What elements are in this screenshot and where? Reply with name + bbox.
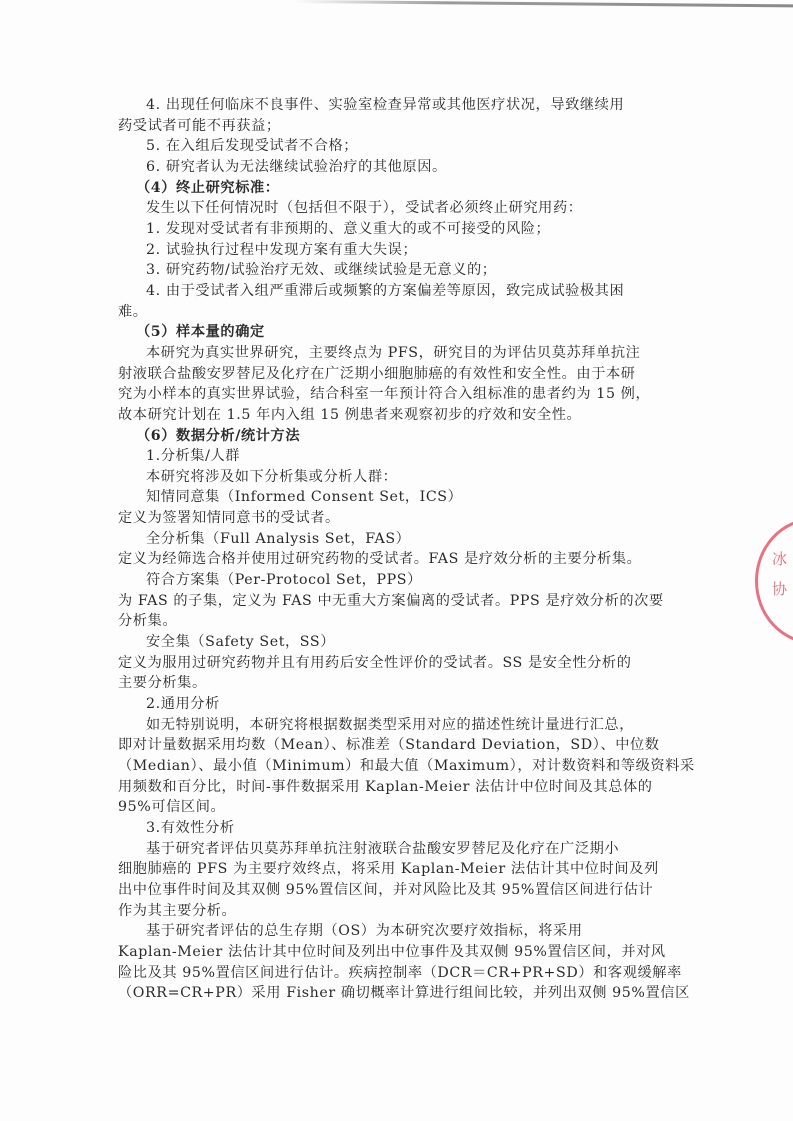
stamp-char: 协 — [772, 578, 787, 599]
text-line: 基于研究者评估的总生存期（OS）为本研究次要疗效指标，将采用 — [118, 921, 676, 942]
text-line: 究为小样本的真实世界试验，结合科室一年预计符合入组标准的患者约为 15 例， — [118, 384, 676, 405]
text-line: 知情同意集（Informed Consent Set，ICS） — [118, 487, 676, 508]
text-line: 安全集（Safety Set，SS） — [118, 632, 676, 653]
text-line: （ORR=CR+PR）采用 Fisher 确切概率计算进行组间比较，并列出双侧 … — [118, 983, 676, 1004]
text-line: 即对计量数据采用均数（Mean）、标准差（Standard Deviation，… — [118, 735, 676, 756]
text-line: 本研究为真实世界研究，主要终点为 PFS，研究目的为评估贝莫苏拜单抗注 — [118, 343, 676, 364]
text-line: 4. 出现任何临床不良事件、实验室检查异常或其他医疗状况，导致继续用 — [118, 95, 676, 116]
text-line: 1. 发现对受试者有非预期的、意义重大的或不可接受的风险； — [118, 219, 676, 240]
text-line: 1.分析集/人群 — [118, 446, 676, 467]
text-line: 用频数和百分比，时间-事件数据采用 Kaplan-Meier 法估计中位时间及其… — [118, 777, 676, 798]
text-line: （Median）、最小值（Minimum）和最大值（Maximum），对计数资料… — [118, 756, 676, 777]
stamp-char: 冰 — [772, 548, 787, 569]
text-line: 定义为服用过研究药物并且有用药后安全性评价的受试者。SS 是安全性分析的 — [118, 653, 676, 674]
text-line: 基于研究者评估贝莫苏拜单抗注射液联合盐酸安罗替尼及化疗在广泛期小 — [118, 839, 676, 860]
text-line: 定义为经筛选合格并使用过研究药物的受试者。FAS 是疗效分析的主要分析集。 — [118, 549, 676, 570]
section-heading: （6）数据分析/统计方法 — [118, 426, 676, 447]
text-line: 出中位事件时间及其双侧 95%置信区间，并对风险比及其 95%置信区间进行估计 — [118, 880, 676, 901]
text-line: 5. 在入组后发现受试者不合格； — [118, 136, 676, 157]
text-line: 细胞肺癌的 PFS 为主要疗效终点，将采用 Kaplan-Meier 法估计其中… — [118, 859, 676, 880]
text-line: 为 FAS 的子集，定义为 FAS 中无重大方案偏离的受试者。PPS 是疗效分析… — [118, 591, 676, 612]
text-line: Kaplan-Meier 法估计其中位时间及列出中位事件及其双侧 95%置信区间… — [118, 942, 676, 963]
section-heading: （5）样本量的确定 — [118, 322, 676, 343]
scan-edge-line — [295, 0, 793, 7]
text-line: 3. 研究药物/试验治疗无效、或继续试验是无意义的； — [118, 260, 676, 281]
text-line: 定义为签署知情同意书的受试者。 — [118, 508, 676, 529]
text-line: 2.通用分析 — [118, 694, 676, 715]
text-line: 射液联合盐酸安罗替尼及化疗在广泛期小细胞肺癌的有效性和安全性。由于本研 — [118, 364, 676, 385]
text-line: 险比及其 95%置信区间进行估计。疾病控制率（DCR＝CR+PR+SD）和客观缓… — [118, 963, 676, 984]
text-line: 6. 研究者认为无法继续试验治疗的其他原因。 — [118, 157, 676, 178]
text-line: 3.有效性分析 — [118, 818, 676, 839]
text-line: 分析集。 — [118, 611, 676, 632]
text-line: 作为其主要分析。 — [118, 901, 676, 922]
text-line: 主要分析集。 — [118, 673, 676, 694]
text-line: 发生以下任何情况时（包括但不限于），受试者必须终止研究用药： — [118, 198, 676, 219]
text-line: 药受试者可能不再获益； — [118, 116, 676, 137]
document-body: 4. 出现任何临床不良事件、实验室检查异常或其他医疗状况，导致继续用药受试者可能… — [118, 95, 676, 1004]
text-line: 全分析集（Full Analysis Set，FAS） — [118, 529, 676, 550]
section-heading: （4）终止研究标准： — [118, 178, 676, 199]
text-line: 故本研究计划在 1.5 年内入组 15 例患者来观察初步的疗效和安全性。 — [118, 405, 676, 426]
text-line: 如无特别说明，本研究将根据数据类型采用对应的描述性统计量进行汇总， — [118, 715, 676, 736]
text-line: 95%可信区间。 — [118, 797, 676, 818]
text-line: 本研究将涉及如下分析集或分析人群： — [118, 467, 676, 488]
text-line: 难。 — [118, 302, 676, 323]
text-line: 2. 试验执行过程中发现方案有重大失误； — [118, 240, 676, 261]
text-line: 符合方案集（Per-Protocol Set，PPS） — [118, 570, 676, 591]
text-line: 4. 由于受试者入组严重滞后或频繁的方案偏差等原因，致完成试验极其困 — [118, 281, 676, 302]
